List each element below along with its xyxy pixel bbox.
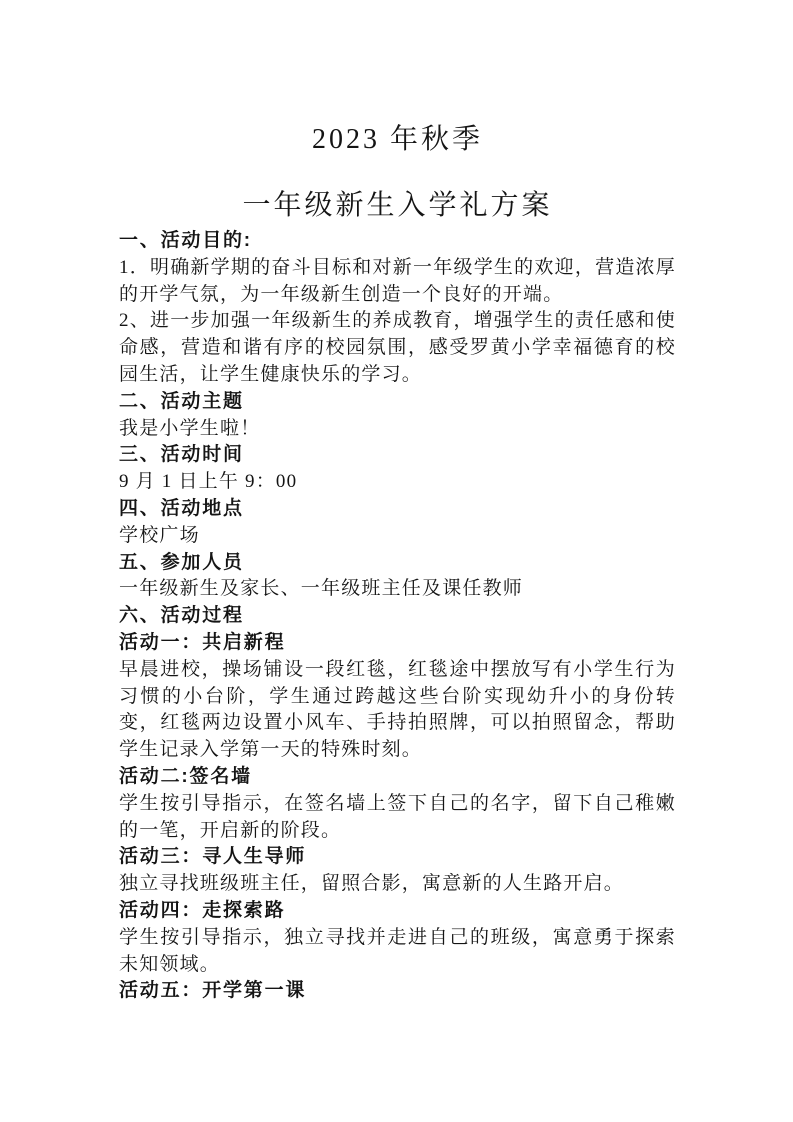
- document-body: 一、活动目的:1．明确新学期的奋斗目标和对新一年级学生的欢迎，营造浓厚的开学气氛…: [119, 228, 676, 1005]
- section-heading: 二、活动主题: [119, 389, 676, 416]
- section-heading: 活动三：寻人生导师: [119, 844, 676, 871]
- section-heading: 五、参加人员: [119, 550, 676, 577]
- section-heading: 三、活动时间: [119, 442, 676, 469]
- paragraph: 2、进一步加强一年级新生的养成教育，增强学生的责任感和使命感，营造和谐有序的校园…: [119, 308, 676, 388]
- paragraph: 早晨进校，操场铺设一段红毯，红毯途中摆放写有小学生行为习惯的小台阶，学生通过跨越…: [119, 657, 676, 764]
- document-content: 2023 年秋季 一年级新生入学礼方案 一、活动目的:1．明确新学期的奋斗目标和…: [119, 122, 676, 1005]
- document-title-line2: 一年级新生入学礼方案: [119, 188, 676, 224]
- section-heading: 活动一：共启新程: [119, 630, 676, 657]
- document-page: 2023 年秋季 一年级新生入学礼方案 一、活动目的:1．明确新学期的奋斗目标和…: [0, 0, 793, 1122]
- section-heading: 四、活动地点: [119, 496, 676, 523]
- section-heading: 活动五：开学第一课: [119, 978, 676, 1005]
- paragraph: 我是小学生啦！: [119, 416, 676, 443]
- paragraph: 学生按引导指示，在签名墙上签下自己的名字，留下自己稚嫩的一笔，开启新的阶段。: [119, 791, 676, 845]
- paragraph: 9 月 1 日上午 9：00: [119, 469, 676, 496]
- document-title-line1: 2023 年秋季: [119, 122, 676, 158]
- section-heading: 六、活动过程: [119, 603, 676, 630]
- paragraph: 学生按引导指示，独立寻找并走进自己的班级，寓意勇于探索未知领域。: [119, 925, 676, 979]
- paragraph: 学校广场: [119, 523, 676, 550]
- paragraph: 独立寻找班级班主任，留照合影，寓意新的人生路开启。: [119, 871, 676, 898]
- paragraph: 1．明确新学期的奋斗目标和对新一年级学生的欢迎，营造浓厚的开学气氛，为一年级新生…: [119, 255, 676, 309]
- section-heading: 一、活动目的:: [119, 228, 676, 255]
- paragraph: 一年级新生及家长、一年级班主任及课任教师: [119, 576, 676, 603]
- section-heading: 活动二:签名墙: [119, 764, 676, 791]
- section-heading: 活动四：走探索路: [119, 898, 676, 925]
